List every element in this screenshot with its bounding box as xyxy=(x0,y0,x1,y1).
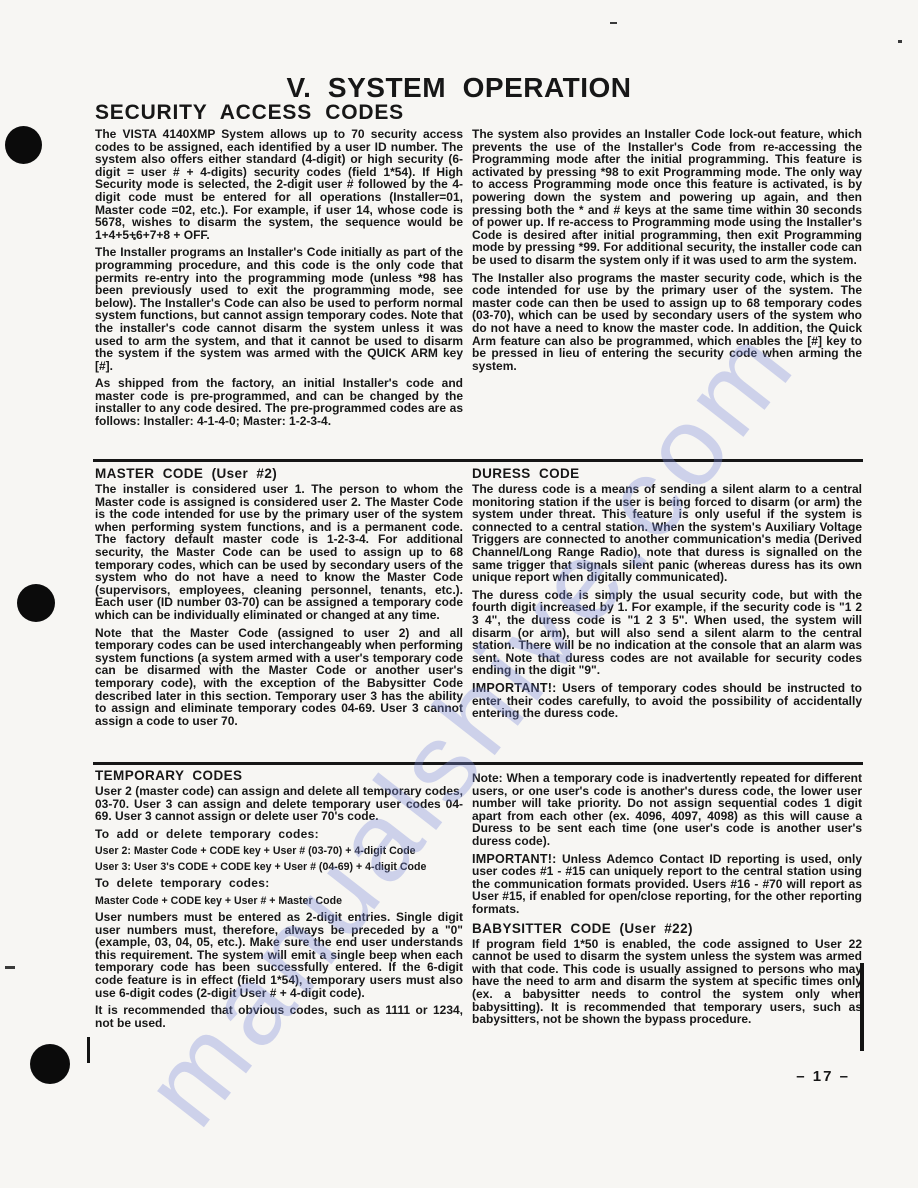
right-column-intro: The system also provides an Installer Co… xyxy=(472,128,862,377)
revision-change-bar-left xyxy=(87,1037,90,1063)
paragraph: The duress code is simply the usual secu… xyxy=(472,589,862,677)
scan-speck xyxy=(5,966,15,969)
section-divider-line xyxy=(93,459,863,462)
important-paragraph: IMPORTANT!: Unless Ademco Contact ID rep… xyxy=(472,853,862,916)
babysitter-code-heading: BABYSITTER CODE (User #22) xyxy=(472,921,862,936)
scan-speck xyxy=(898,40,902,43)
paragraph: If program field 1*50 is enabled, the co… xyxy=(472,938,862,1026)
scanned-manual-page: manualshive.com V. SYSTEM OPERATION SECU… xyxy=(0,0,918,1188)
paragraph: It is recommended that obvious codes, su… xyxy=(95,1004,463,1029)
paragraph: The system also provides an Installer Co… xyxy=(472,128,862,267)
left-column-intro: The VISTA 4140XMP System allows up to 70… xyxy=(95,128,463,433)
temporary-codes-section: TEMPORARY CODES User 2 (master code) can… xyxy=(95,768,463,1034)
duress-code-section: DURESS CODE The duress code is a means o… xyxy=(472,466,862,725)
paragraph: The Installer also programs the master s… xyxy=(472,272,862,373)
delete-subheading: To delete temporary codes: xyxy=(95,877,463,890)
scan-speck xyxy=(610,22,617,24)
notes-and-babysitter-section: Note: When a temporary code is inadverte… xyxy=(472,772,862,1031)
master-code-section: MASTER CODE (User #2) The installer is c… xyxy=(95,466,463,732)
formula-user3: User 3: User 3's CODE + CODE key + User … xyxy=(95,861,463,873)
page-title: V. SYSTEM OPERATION xyxy=(0,72,918,104)
master-code-heading: MASTER CODE (User #2) xyxy=(95,466,463,481)
formula-delete: Master Code + CODE key + User # + Master… xyxy=(95,895,463,907)
hole-punch-mark-top xyxy=(5,126,42,164)
paragraph: The installer is considered user 1. The … xyxy=(95,483,463,622)
note-paragraph: Note: When a temporary code is inadverte… xyxy=(472,772,862,848)
section-divider-line xyxy=(93,762,863,765)
paragraph: User numbers must be entered as 2-digit … xyxy=(95,911,463,999)
hole-punch-mark-middle xyxy=(17,584,55,622)
paragraph: The Installer programs an Installer's Co… xyxy=(95,246,463,372)
paragraph: Note that the Master Code (assigned to u… xyxy=(95,627,463,728)
revision-change-bar-right xyxy=(860,963,864,1051)
paragraph: The duress code is a means of sending a … xyxy=(472,483,862,584)
paragraph: User 2 (master code) can assign and dele… xyxy=(95,785,463,823)
page-number: – 17 – xyxy=(760,1068,850,1085)
hole-punch-mark-bottom xyxy=(30,1044,70,1084)
section-heading-security-access-codes: SECURITY ACCESS CODES xyxy=(95,101,404,125)
important-paragraph: IMPORTANT!: Users of temporary codes sho… xyxy=(472,682,862,720)
paragraph: The VISTA 4140XMP System allows up to 70… xyxy=(95,128,463,241)
duress-code-heading: DURESS CODE xyxy=(472,466,862,481)
add-delete-subheading: To add or delete temporary codes: xyxy=(95,828,463,841)
paragraph: As shipped from the factory, an initial … xyxy=(95,377,463,427)
temporary-codes-heading: TEMPORARY CODES xyxy=(95,768,463,783)
formula-user2: User 2: Master Code + CODE key + User # … xyxy=(95,845,463,857)
